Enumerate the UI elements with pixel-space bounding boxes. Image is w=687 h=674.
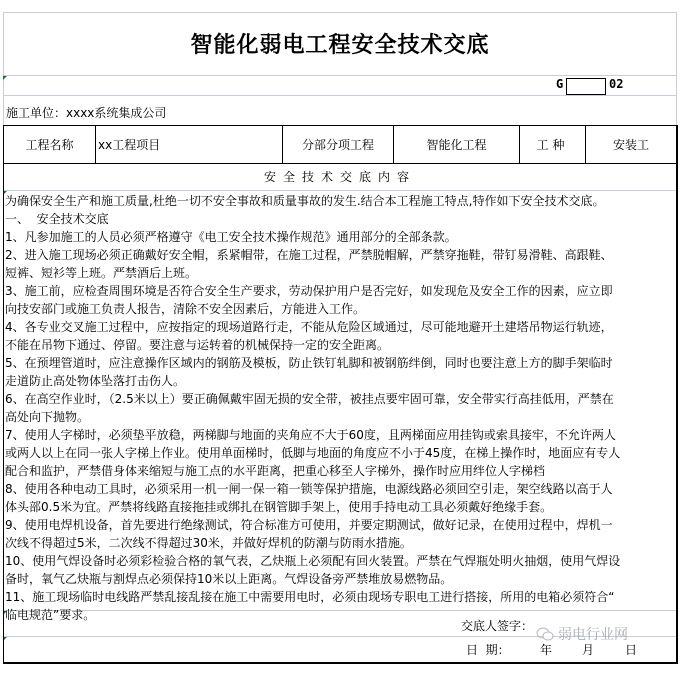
document-number: G bbox=[556, 77, 563, 91]
content-line: 备时，氧气乙炔瓶与割焊点必须保持10米以上距离。气焊设备旁严禁堆放易燃物品。 bbox=[5, 570, 675, 588]
trade-label: 工种 bbox=[520, 126, 585, 163]
content-line: 临电规范”要求。 bbox=[5, 606, 675, 624]
project-name-label: 工程名称 bbox=[4, 126, 95, 163]
table-border bbox=[3, 662, 677, 664]
cell-comment-marker bbox=[3, 76, 7, 80]
content-line: 配合和监护，严禁借身体来缩短与施工点的水平距离，把重心移至人字梯外，操作时应用绊… bbox=[5, 462, 675, 480]
content-line: 11、施工现场临时电线路严禁乱接乱接在施工中需要用电时，必须由现场专职电工进行搭… bbox=[5, 588, 675, 606]
content-line: 2、进入施工现场必须正确戴好安全帽，系紧帽带，在施工过程，严禁脱帽解，严禁穿拖鞋… bbox=[5, 246, 675, 264]
watermark: 弱电行业网 bbox=[536, 624, 628, 644]
content-line: 次线不得超过5米，二次线不得超过30米，并做好焊机的防潮与防雨水措施。 bbox=[5, 534, 675, 552]
sub-project-value[interactable]: 智能化工程 bbox=[394, 126, 519, 163]
content-line: 9、使用电焊机设备，首先要进行绝缘测试，符合标准方可使用，并要定期测试，做好记录… bbox=[5, 516, 675, 534]
watermark-text: 弱电行业网 bbox=[558, 624, 628, 644]
gridline bbox=[3, 190, 677, 191]
content-line: 3、施工前，应检查周围环境是否符合安全生产要求，劳动保护用户是否完好，如发现危及… bbox=[5, 282, 675, 300]
content-line: 7、使用人字梯时，必须垫平放稳，两梯脚与地面的夹角应不大于60度，且两梯面应用挂… bbox=[5, 426, 675, 444]
company-label: 施工单位：xxxx系统集成公司 bbox=[6, 104, 166, 121]
content-line: 短裤、短衫等上班。严禁酒后上班。 bbox=[5, 264, 675, 282]
content-line: 10、使用气焊设备时必须彩检验合格的氧气表，乙炔瓶上必须配有回火装置。严禁在气焊… bbox=[5, 552, 675, 570]
content-line: 一、 安全技术交底 bbox=[5, 210, 675, 228]
gridline bbox=[3, 95, 677, 96]
section-heading: 安全技术交底内容 bbox=[3, 163, 677, 190]
table-border bbox=[676, 125, 678, 664]
signature-label: 交底人签字： bbox=[461, 617, 533, 634]
wechat-icon bbox=[536, 627, 554, 641]
content-line: 体头部0.5米为宜。严禁将线路直接拖挂或绑扎在钢管脚手架上，使用手持电动工具必须… bbox=[5, 498, 675, 516]
table-border bbox=[3, 125, 4, 664]
content-line: 不能在吊物下通过、停留。要注意与运转着的机械保持一定的安全距离。 bbox=[5, 336, 675, 354]
gridline bbox=[3, 75, 677, 76]
doc-number-prefix: G bbox=[556, 77, 563, 91]
content-line: 为确保安全生产和施工质量,杜绝一切不安全事故和质量事故的发生.结合本工程施工特点… bbox=[5, 192, 675, 210]
document-number-suffix: 02 bbox=[609, 77, 623, 91]
content-line: 高处向下抛物。 bbox=[5, 408, 675, 426]
project-name-value[interactable]: xx工程项目 bbox=[96, 126, 282, 163]
sub-project-label: 分部分项工程 bbox=[283, 126, 393, 163]
content-line: 1、凡参加施工的人员必须严格遵守《电工安全技术操作规范》通用部分的全部条款。 bbox=[5, 228, 675, 246]
trade-value[interactable]: 安装工 bbox=[586, 126, 676, 163]
document-title: 智能化弱电工程安全技术交底 bbox=[3, 12, 677, 75]
content-line: 8、使用各种电动工具时，必须采用一机一闸一保一箱一锁等保护措施，电源线路必须回空… bbox=[5, 480, 675, 498]
content-line: 5、在预埋管道时，应注意操作区域内的钢筋及模板，防止铁钉轧脚和被钢筋绊倒，同时也… bbox=[5, 354, 675, 372]
content-line: 6、在高空作业时，（2.5米以上）要正确佩戴牢固无损的安全带，被挂点要牢固可靠，… bbox=[5, 390, 675, 408]
date-label: 日 期： bbox=[466, 641, 510, 658]
safety-content[interactable]: 为确保安全生产和施工质量,杜绝一切不安全事故和质量事故的发生.结合本工程施工特点… bbox=[5, 192, 675, 624]
content-line: 走道防止高处物体坠落打击伤人。 bbox=[5, 372, 675, 390]
content-line: 4、各专业交叉施工过程中，应按指定的现场道路行走，不能从危险区域通过，尽可能地避… bbox=[5, 318, 675, 336]
content-line: 向技安部门或施工负责人报告，清除不安全因素后，方能进入工作。 bbox=[5, 300, 675, 318]
content-line: 或两人以上在同一张人字梯上作业。使用单面梯时，低脚与地面的角度应不小于45度，在… bbox=[5, 444, 675, 462]
redacted-box bbox=[566, 78, 606, 95]
doc-number-suffix: 02 bbox=[609, 77, 623, 91]
